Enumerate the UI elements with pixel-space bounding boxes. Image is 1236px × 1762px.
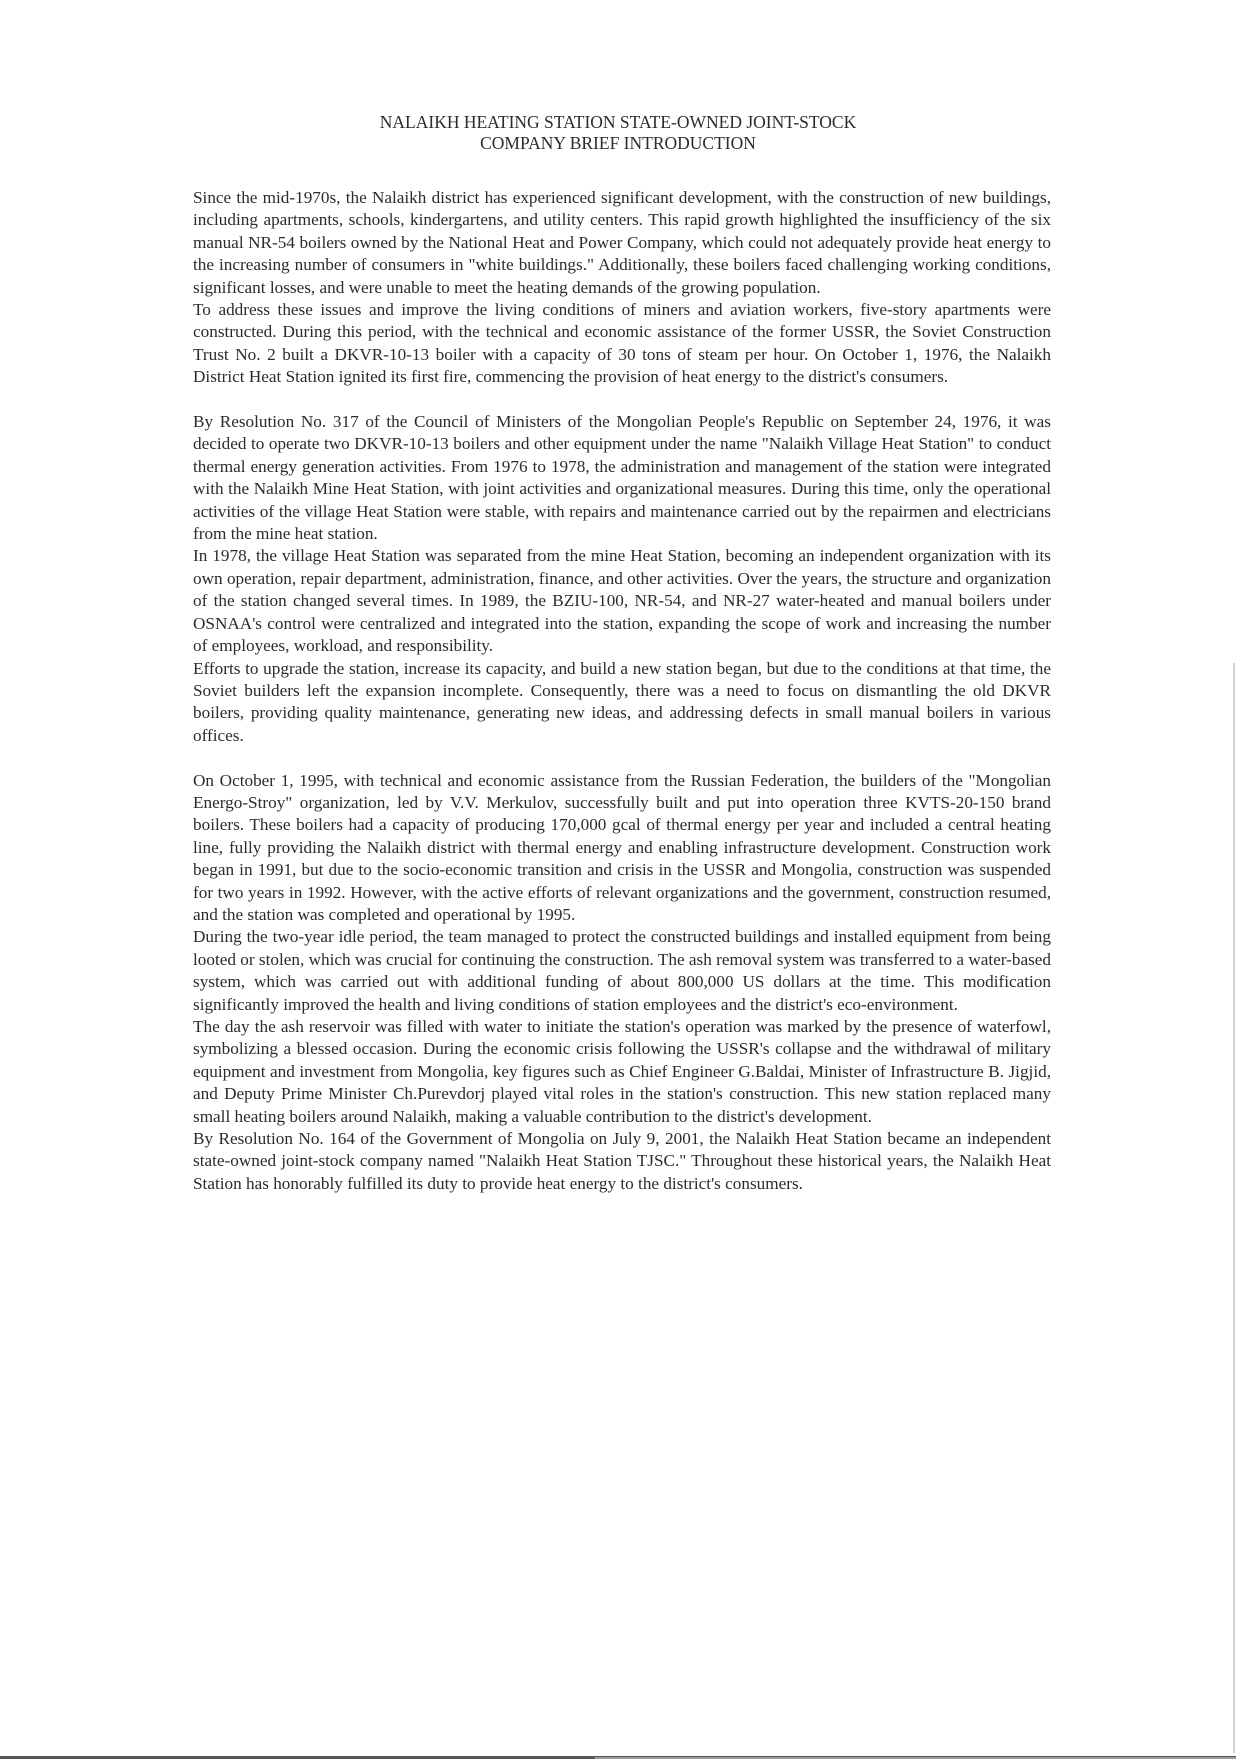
- paragraph: The day the ash reservoir was filled wit…: [193, 1016, 1051, 1128]
- document-body: Since the mid-1970s, the Nalaikh distric…: [193, 187, 1051, 1195]
- paragraph: To address these issues and improve the …: [193, 299, 1051, 389]
- paragraph: Efforts to upgrade the station, increase…: [193, 658, 1051, 748]
- section-spacer: [193, 389, 1051, 411]
- document-page: NALAIKH HEATING STATION STATE-OWNED JOIN…: [0, 0, 1236, 1762]
- title-line-2: COMPANY BRIEF INTRODUCTION: [0, 133, 1236, 154]
- document-title: NALAIKH HEATING STATION STATE-OWNED JOIN…: [0, 112, 1236, 154]
- paragraph: Since the mid-1970s, the Nalaikh distric…: [193, 187, 1051, 299]
- section-1970s-origins: Since the mid-1970s, the Nalaikh distric…: [193, 187, 1051, 389]
- title-line-1: NALAIKH HEATING STATION STATE-OWNED JOIN…: [0, 112, 1236, 133]
- paragraph: In 1978, the village Heat Station was se…: [193, 545, 1051, 657]
- scan-edge-right: [1233, 663, 1235, 1753]
- section-spacer: [193, 747, 1051, 769]
- section-new-station-1995: On October 1, 1995, with technical and e…: [193, 770, 1051, 1196]
- paragraph: By Resolution No. 164 of the Government …: [193, 1128, 1051, 1195]
- section-village-heat-station: By Resolution No. 317 of the Council of …: [193, 411, 1051, 747]
- scan-edge-bottom-light: [595, 1757, 1236, 1759]
- paragraph: During the two-year idle period, the tea…: [193, 926, 1051, 1016]
- paragraph: By Resolution No. 317 of the Council of …: [193, 411, 1051, 545]
- paragraph: On October 1, 1995, with technical and e…: [193, 770, 1051, 927]
